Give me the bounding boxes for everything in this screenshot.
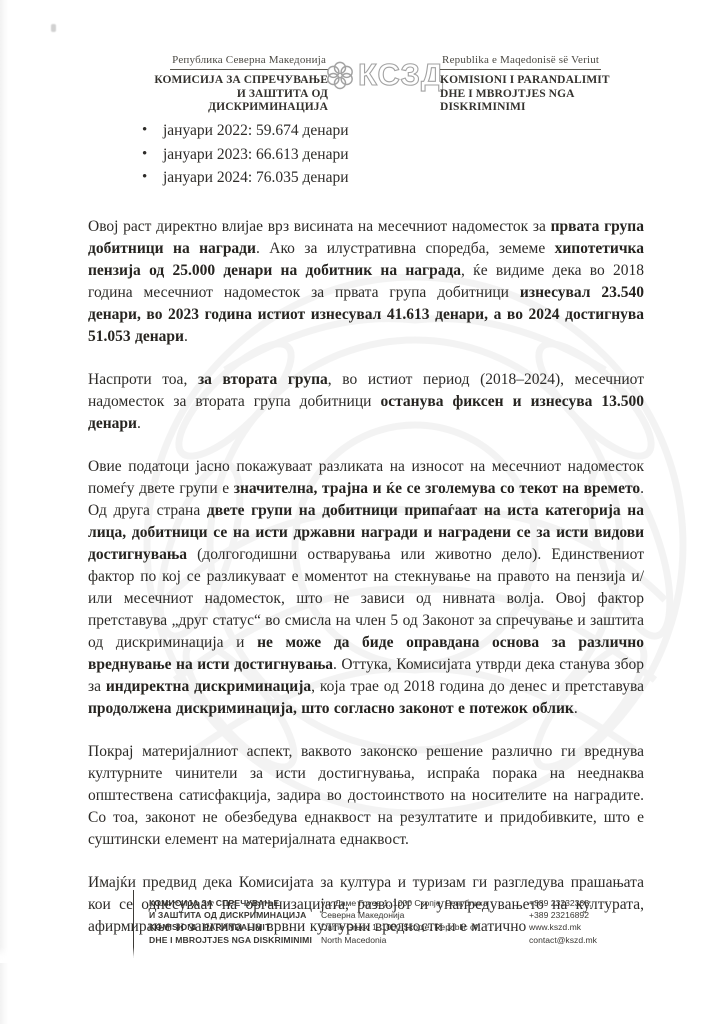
org-name-mk-line2: И ЗАШТИТА ОД ДИСКРИМИНАЦИЈА <box>128 88 328 115</box>
org-name-sq-line1: KOMISIONI I PARANDALIMIT <box>440 74 650 88</box>
org-name-mk-line1: КОМИСИЈА ЗА СПРЕЧУВАЊЕ <box>128 74 328 88</box>
footer-phone: +389 23216892 <box>529 909 673 921</box>
body-paragraph: Овие податоци јасно покажуваат разликата… <box>88 456 644 720</box>
scan-speck-artifact <box>51 24 56 32</box>
footer-address-line: ул. Даме Груев 1, 1000 Скопје, Република <box>321 897 529 909</box>
letterhead-right-block: Republika e Maqedonisë së Veriut KOMISIO… <box>440 50 650 115</box>
list-item: јануари 2023: 66.613 денари <box>88 143 644 167</box>
kszd-flower-logo-icon <box>324 58 356 92</box>
footer-email: contact@kszd.mk <box>529 934 673 946</box>
kszd-logo-text: КСЗД <box>358 60 444 90</box>
footer-address-line: North Macedonia <box>321 934 529 946</box>
footer-organization-block: КОМИСИЈА ЗА СПРЕЧУВАЊЕ И ЗАШТИТА ОД ДИСК… <box>149 897 321 946</box>
body-paragraph: Овој раст директно влијае врз висината н… <box>88 216 644 348</box>
list-item: јануари 2022: 59.674 денари <box>88 119 644 143</box>
scanned-document-page: Република Северна Македонија КОМИСИЈА ЗА… <box>0 0 728 1024</box>
footer-org-line: DHE I MBROJTJES NGA DISKRIMINIMI <box>149 934 321 946</box>
footer-org-line: И ЗАШТИТА ОД ДИСКРИМИНАЦИЈА <box>149 909 321 921</box>
footer-address-line: Dame Gruev 1, 1000 Skopje, Republic of <box>321 921 529 933</box>
letterhead-left-block: Република Северна Македонија КОМИСИЈА ЗА… <box>128 50 328 115</box>
footer-org-line: КОМИСИЈА ЗА СПРЕЧУВАЊЕ <box>149 897 321 909</box>
scan-edge-streak <box>0 0 8 1024</box>
footer-address-block: ул. Даме Груев 1, 1000 Скопје, Република… <box>321 897 529 946</box>
list-item: јануари 2024: 76.035 денари <box>88 166 644 190</box>
kszd-logo: КСЗД <box>328 58 440 92</box>
document-body: јануари 2022: 59.674 денари јануари 2023… <box>88 119 644 959</box>
country-name-sq: Republika e Maqedonisë së Veriut <box>440 54 601 70</box>
footer-org-line: KOMISIONI I PARANDALIMIT <box>149 921 321 933</box>
country-name-mk: Република Северна Македонија <box>170 54 328 70</box>
body-paragraph: Наспроти тоа, за втората група, во истио… <box>88 369 644 435</box>
letterhead: Република Северна Македонија КОМИСИЈА ЗА… <box>128 50 650 115</box>
footer-address-line: Северна Македонија <box>321 909 529 921</box>
body-paragraph: Покрај материјалниот аспект, ваквото зак… <box>88 741 644 851</box>
footer-website: www.kszd.mk <box>529 921 673 933</box>
org-name-sq-line2: DHE I MBROJTJES NGA DISKRIMINIMI <box>440 88 650 115</box>
footer-contact-block: +389 23232368; +389 23216892 www.kszd.mk… <box>529 897 673 946</box>
yearly-amounts-list: јануари 2022: 59.674 денари јануари 2023… <box>88 119 644 190</box>
footer-phone: +389 23232368; <box>529 897 673 909</box>
scan-cutoff-fade <box>0 947 728 963</box>
